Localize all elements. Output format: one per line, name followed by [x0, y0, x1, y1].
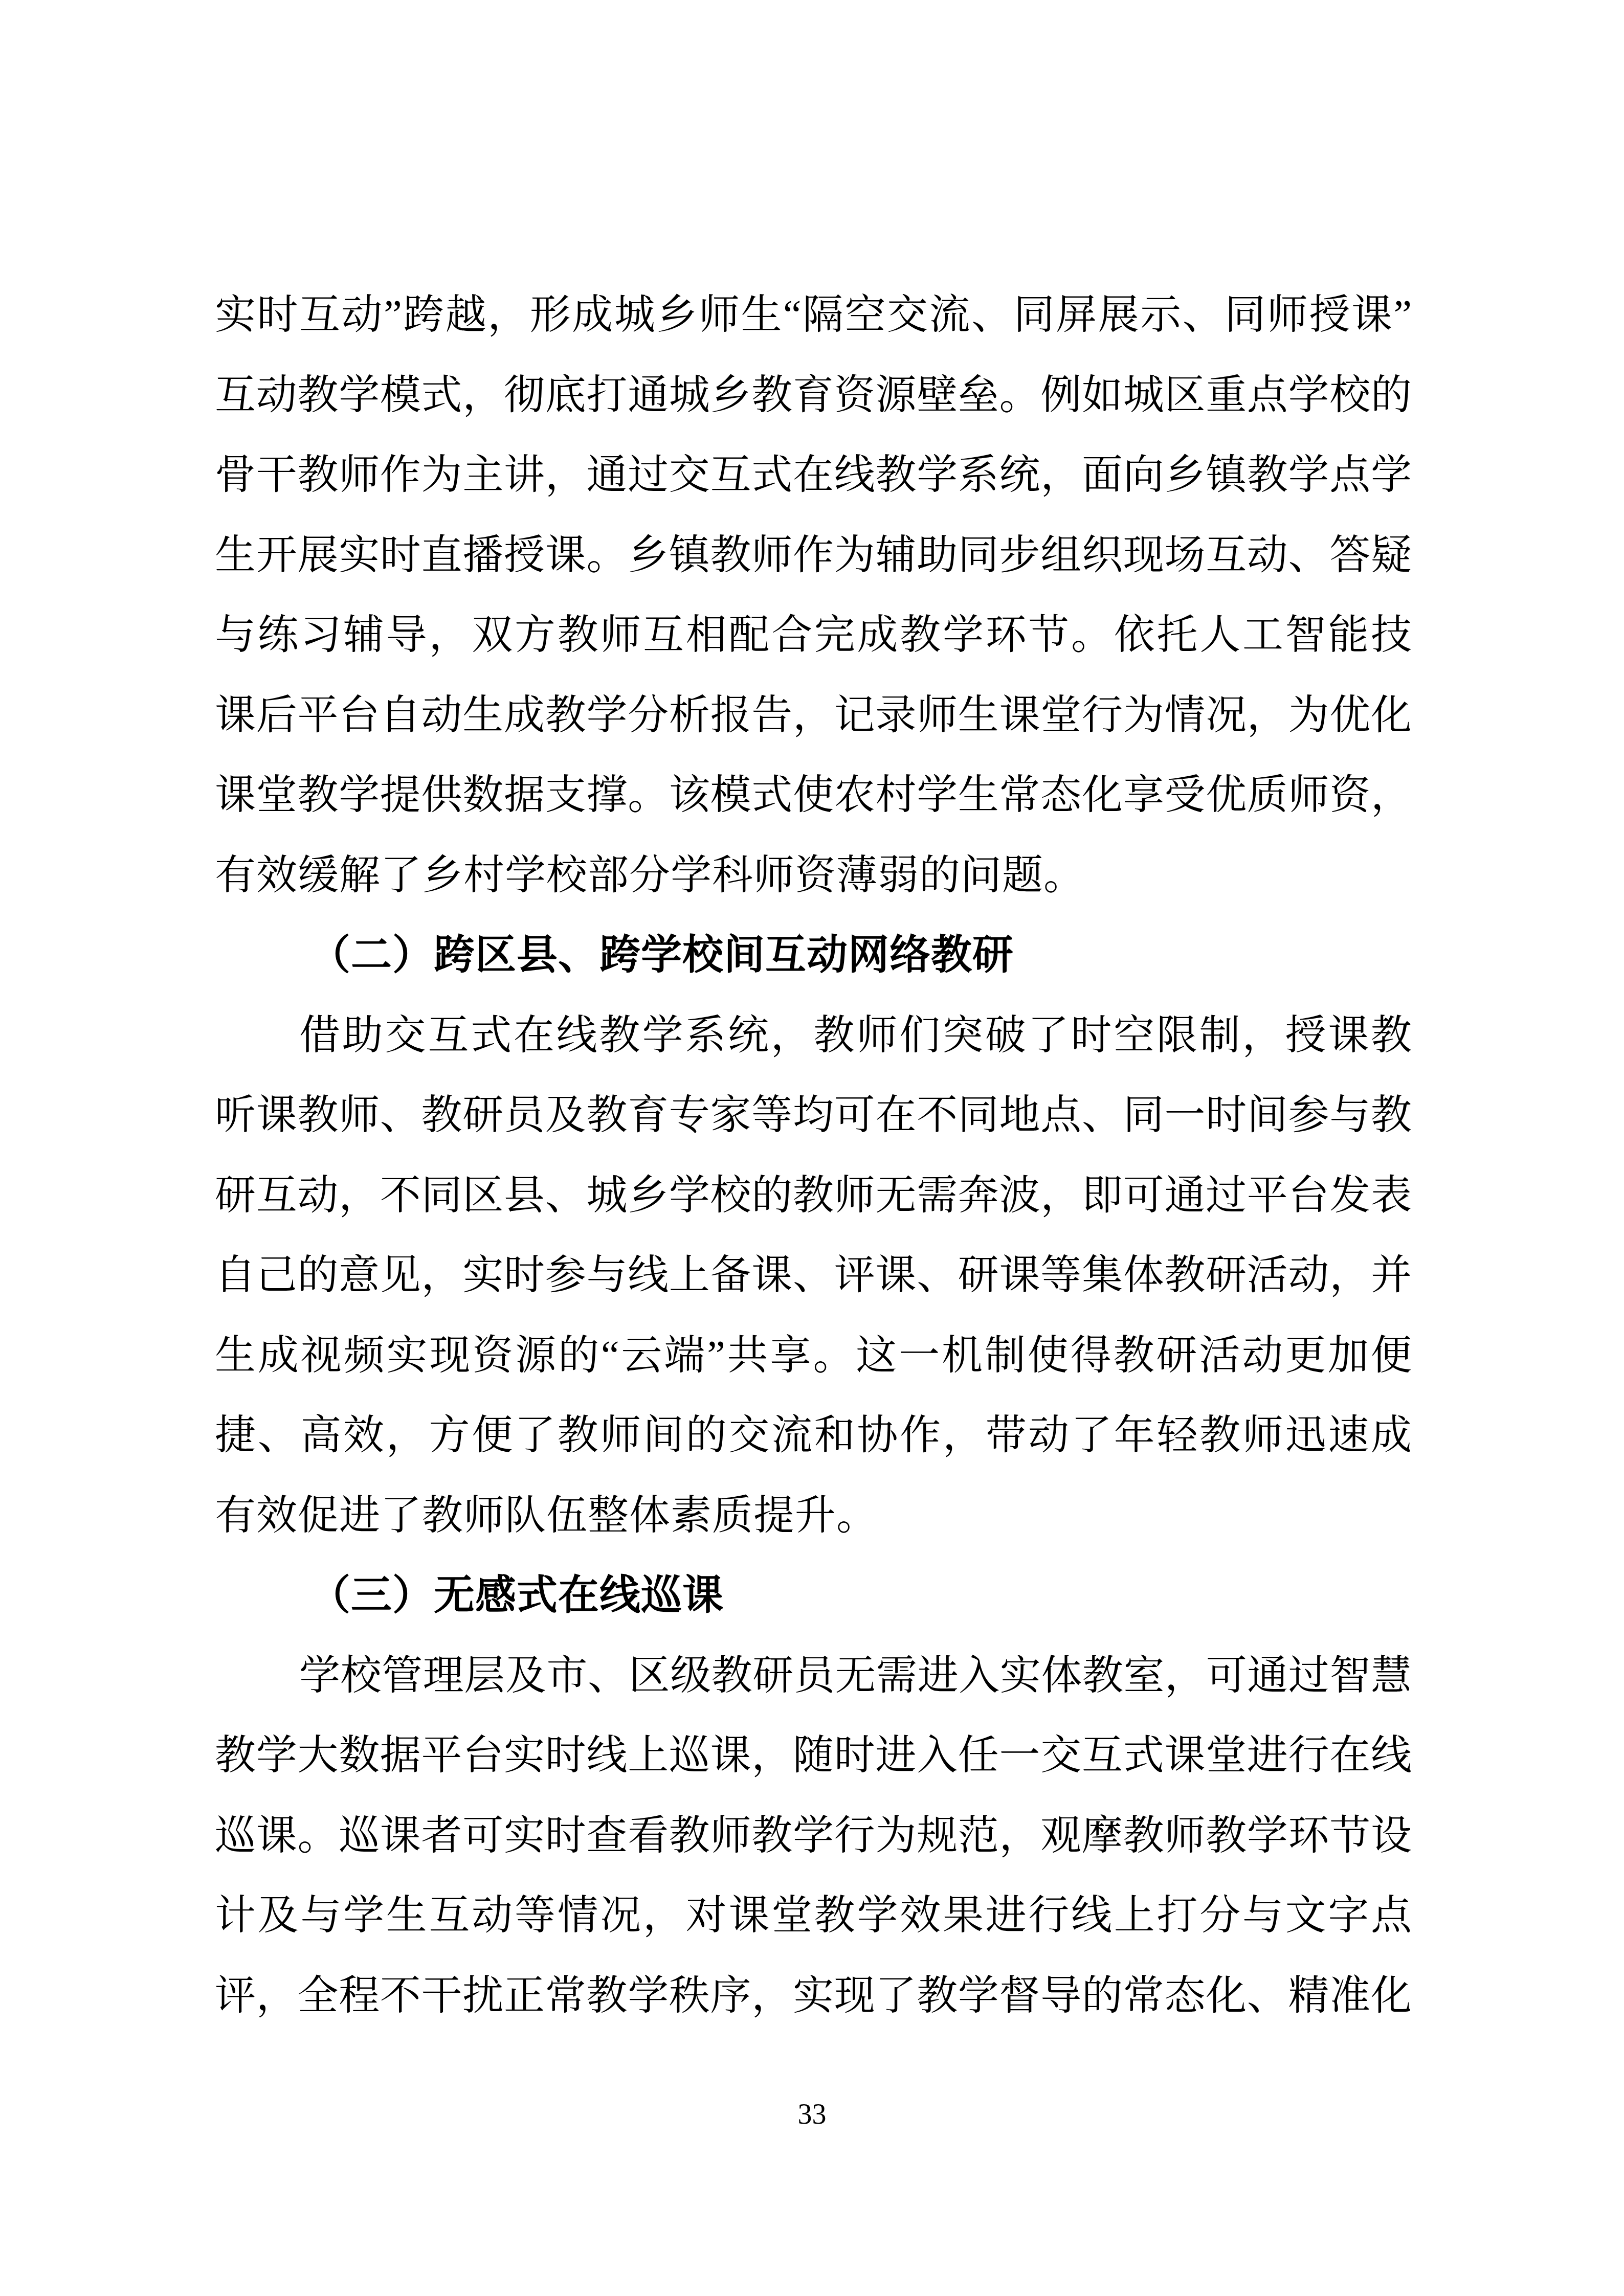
- text-line: 评，全程不干扰正常教学秩序，实现了教学督导的常态化、精准化: [215, 1956, 1412, 2036]
- text-line: 有效缓解了乡村学校部分学科师资薄弱的问题。: [215, 836, 1412, 916]
- text-block: 实时互动”跨越，形成城乡师生“隔空交流、同屏展示、同师授课”互动教学模式，彻底打…: [215, 275, 1412, 2036]
- text-line: 生开展实时直播授课。乡镇教师作为辅助同步组织现场互动、答疑: [215, 515, 1412, 596]
- text-line: 研互动，不同区县、城乡学校的教师无需奔波，即可通过平台发表: [215, 1156, 1412, 1236]
- text-line: 实时互动”跨越，形成城乡师生“隔空交流、同屏展示、同师授课”: [215, 275, 1412, 355]
- text-line: 计及与学生互动等情况，对课堂教学效果进行线上打分与文字点: [215, 1876, 1412, 1956]
- text-line: 自己的意见，实时参与线上备课、评课、研课等集体教研活动，并: [215, 1235, 1412, 1316]
- text-line: 课堂教学提供数据支撑。该模式使农村学生常态化享受优质师资，: [215, 755, 1412, 836]
- text-line: 与练习辅导，双方教师互相配合完成教学环节。依托人工智能技术，: [215, 595, 1412, 676]
- page-number: 33: [798, 2099, 827, 2130]
- document-page: 实时互动”跨越，形成城乡师生“隔空交流、同屏展示、同师授课”互动教学模式，彻底打…: [0, 0, 1624, 2296]
- text-line: 借助交互式在线教学系统，教师们突破了时空限制，授课教师、: [215, 996, 1412, 1076]
- text-line: 捷、高效，方便了教师间的交流和协作，带动了年轻教师迅速成长，: [215, 1395, 1412, 1476]
- text-line: 巡课。巡课者可实时查看教师教学行为规范，观摩教师教学环节设: [215, 1796, 1412, 1876]
- text-line: 教学大数据平台实时线上巡课，随时进入任一交互式课堂进行在线: [215, 1716, 1412, 1796]
- page-footer: 33: [0, 2097, 1624, 2132]
- text-line: 生成视频实现资源的“云端”共享。这一机制使得教研活动更加便: [215, 1316, 1412, 1396]
- text-line: 有效促进了教师队伍整体素质提升。: [215, 1476, 1412, 1556]
- text-line: 互动教学模式，彻底打通城乡教育资源壁垒。例如城区重点学校的: [215, 355, 1412, 436]
- section-heading: （二）跨区县、跨学校间互动网络教研: [215, 915, 1412, 996]
- section-heading: （三）无感式在线巡课: [215, 1556, 1412, 1636]
- text-line: 学校管理层及市、区级教研员无需进入实体教室，可通过智慧: [215, 1636, 1412, 1716]
- text-line: 骨干教师作为主讲，通过交互式在线教学系统，面向乡镇教学点学: [215, 435, 1412, 515]
- text-line: 听课教师、教研员及教育专家等均可在不同地点、同一时间参与教: [215, 1075, 1412, 1156]
- text-line: 课后平台自动生成教学分析报告，记录师生课堂行为情况，为优化: [215, 676, 1412, 756]
